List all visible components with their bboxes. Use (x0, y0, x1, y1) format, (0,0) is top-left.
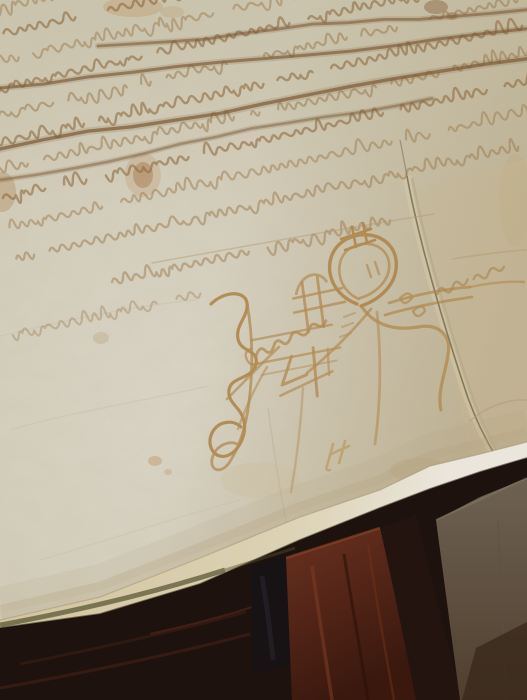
manuscript-photo-canvas (0, 0, 527, 700)
photo-medieval-manuscript (0, 0, 527, 700)
